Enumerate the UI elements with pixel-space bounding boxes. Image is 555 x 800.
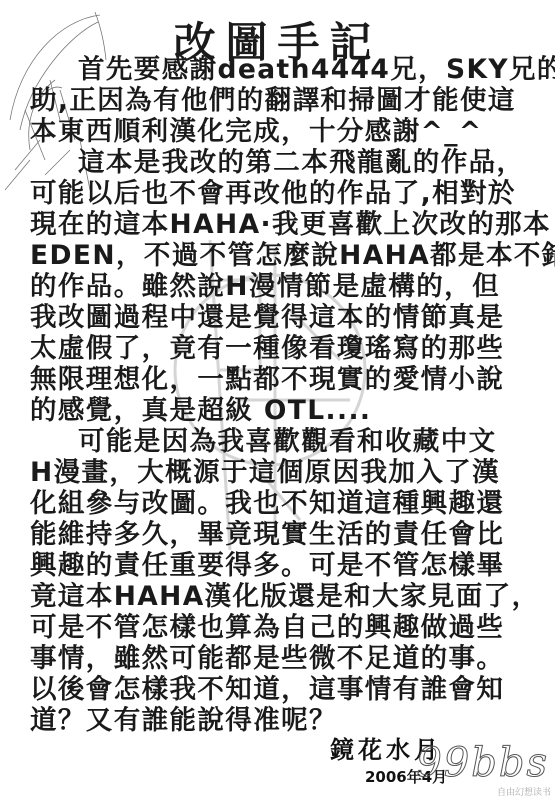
body-line: 以後會怎樣我不知道，這事情有誰會知 bbox=[30, 674, 530, 705]
body-text: 首先要感謝death4444兄，SKY兄的幫 助,正因為有他們的翻譯和掃圖才能使… bbox=[30, 54, 530, 736]
body-line: 可能是因為我喜歡觀看和收藏中文 bbox=[30, 426, 530, 457]
body-line: H漫畫，大概源于這個原因我加入了漢 bbox=[30, 457, 530, 488]
body-line: 現在的這本HAHA·我更喜歡上次改的那本 bbox=[30, 209, 530, 240]
body-line: 可能以后也不會再改他的作品了,相對於 bbox=[30, 178, 530, 209]
body-line: 興趣的責任重要得多。可是不管怎樣畢 bbox=[30, 550, 530, 581]
site-watermark: 99bbs bbox=[416, 740, 549, 786]
body-line: 這本是我改的第二本飛龍亂的作品， bbox=[30, 147, 530, 178]
site-watermark-subtitle: 自由幻想读书 bbox=[497, 785, 551, 798]
body-line: 可是不管怎樣也算為自己的興趣做過些 bbox=[30, 612, 530, 643]
body-line: 竟這本HAHA漢化版還是和大家見面了， bbox=[30, 581, 530, 612]
body-line: 我改圖過程中還是覺得這本的情節真是 bbox=[30, 302, 530, 333]
body-line: 首先要感謝death4444兄，SKY兄的幫 bbox=[30, 54, 530, 85]
body-line: 助,正因為有他們的翻譯和掃圖才能使這 bbox=[30, 85, 530, 116]
body-line: 的感覺，真是超級 OTL.... bbox=[30, 395, 530, 426]
body-line: 能維持多久，畢竟現實生活的責任會比 bbox=[30, 519, 530, 550]
body-line: 的作品。雖然說H漫情節是虛構的，但 bbox=[30, 271, 530, 302]
body-line: 化組參与改圖。我也不知道這種興趣還 bbox=[30, 488, 530, 519]
body-line: EDEN，不過不管怎麼說HAHA都是本不錯 bbox=[30, 240, 530, 271]
body-line: 太虛假了，竟有一種像看瓊瑤寫的那些 bbox=[30, 333, 530, 364]
body-line: 無限理想化，一點都不現實的愛情小說 bbox=[30, 364, 530, 395]
body-line: 本東西順利漢化完成，十分感謝^_^ bbox=[30, 116, 530, 147]
body-line: 事情，雖然可能都是些微不足道的事。 bbox=[30, 643, 530, 674]
body-line: 道？又有誰能說得准呢？ bbox=[30, 705, 530, 736]
